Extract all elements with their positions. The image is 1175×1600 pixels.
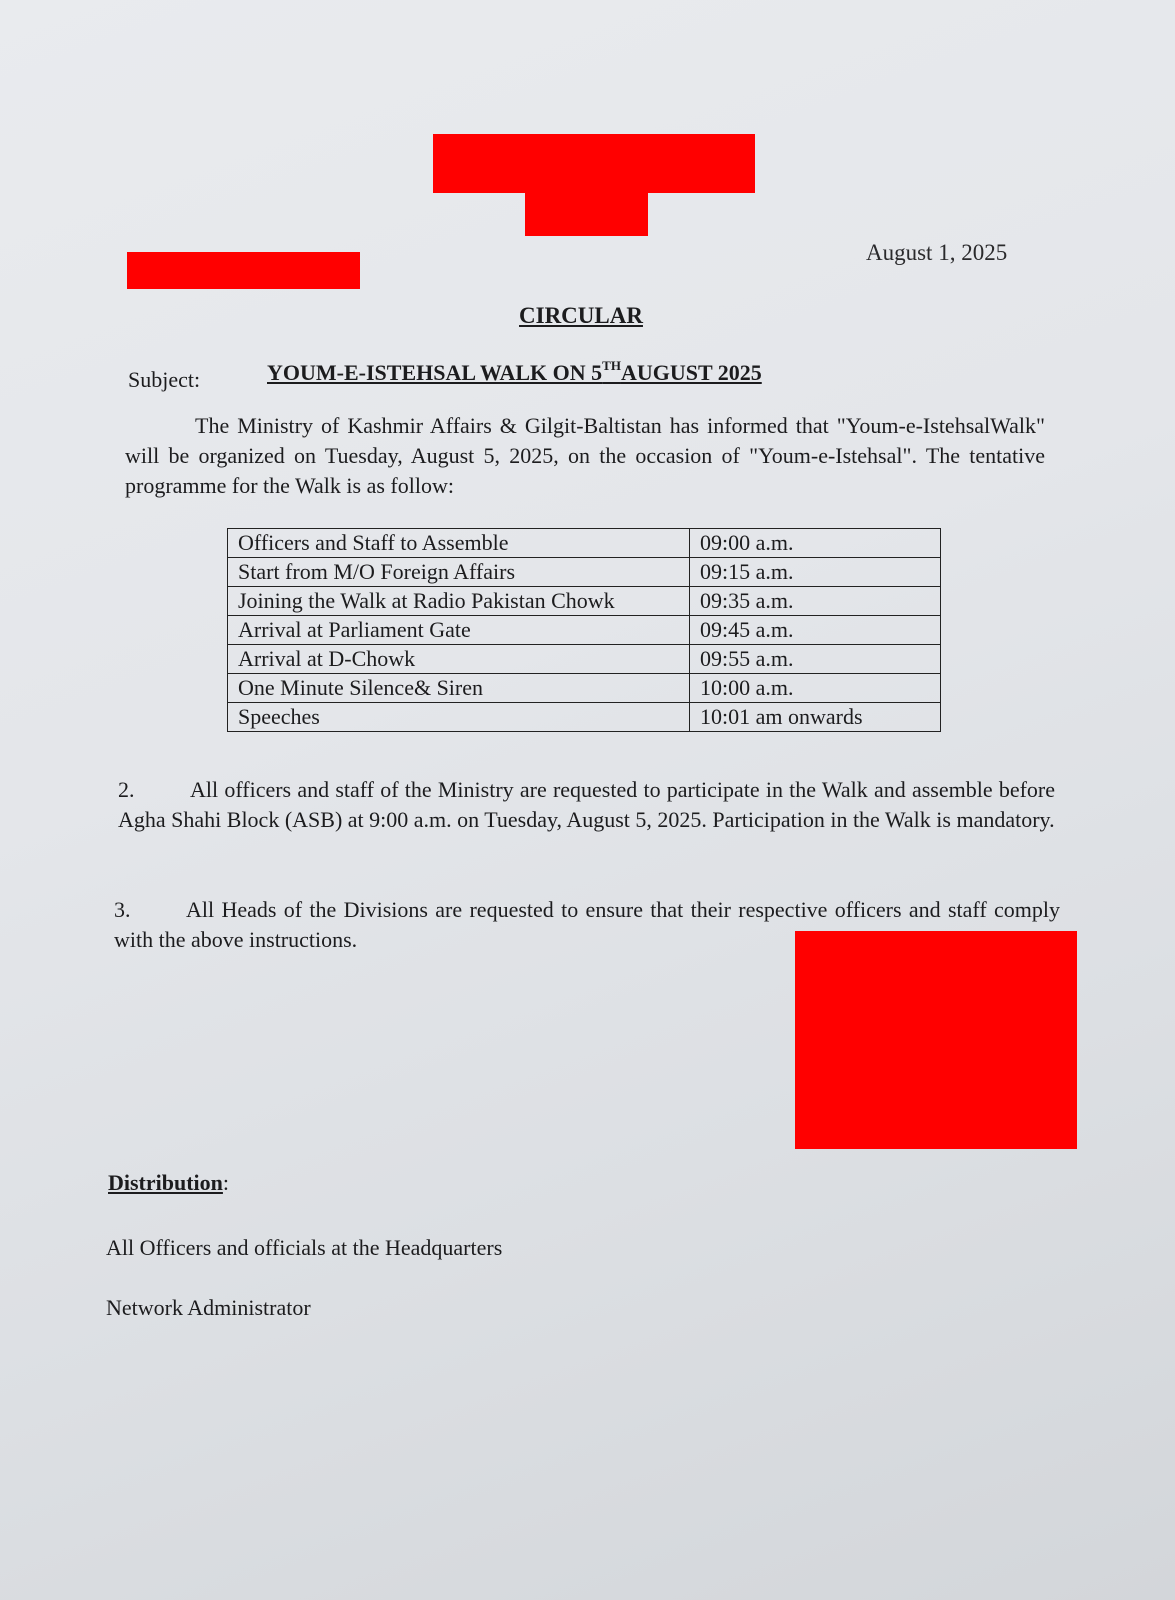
paragraph-3-number: 3. <box>114 895 186 925</box>
schedule-time: 09:45 a.m. <box>690 616 941 645</box>
document-date: August 1, 2025 <box>866 240 1007 266</box>
schedule-event: Arrival at Parliament Gate <box>228 616 690 645</box>
schedule-row: Joining the Walk at Radio Pakistan Chowk… <box>228 587 941 616</box>
schedule-row: Start from M/O Foreign Affairs09:15 a.m. <box>228 558 941 587</box>
schedule-time: 09:55 a.m. <box>690 645 941 674</box>
circular-document: August 1, 2025 CIRCULAR Subject: YOUM-E-… <box>0 0 1175 1600</box>
schedule-row: Arrival at Parliament Gate09:45 a.m. <box>228 616 941 645</box>
redacted-reference-number <box>127 252 360 289</box>
document-title: CIRCULAR <box>0 303 1162 329</box>
schedule-event: Start from M/O Foreign Affairs <box>228 558 690 587</box>
schedule-event: One Minute Silence& Siren <box>228 674 690 703</box>
subject-superscript: TH <box>602 358 621 373</box>
schedule-table: Officers and Staff to Assemble09:00 a.m.… <box>227 528 941 732</box>
subject-text-part: YOUM-E-ISTEHSAL WALK ON 5 <box>267 360 602 385</box>
schedule-row: Officers and Staff to Assemble09:00 a.m. <box>228 529 941 558</box>
schedule-time: 10:00 a.m. <box>690 674 941 703</box>
paragraph-2-text: All officers and staff of the Ministry a… <box>118 777 1055 832</box>
schedule-time: 09:15 a.m. <box>690 558 941 587</box>
distribution-item: All Officers and officials at the Headqu… <box>106 1235 502 1261</box>
distribution-item: Network Administrator <box>106 1295 311 1321</box>
subject-label: Subject: <box>128 367 200 393</box>
paragraph-3: 3.All Heads of the Divisions are request… <box>114 895 1060 955</box>
distribution-label: Distribution <box>108 1170 223 1195</box>
redacted-letterhead-top <box>433 134 755 193</box>
schedule-time: 09:00 a.m. <box>690 529 941 558</box>
paragraph-1: The Ministry of Kashmir Affairs & Gilgit… <box>125 411 1045 501</box>
schedule-event: Speeches <box>228 703 690 732</box>
subject-text: YOUM-E-ISTEHSAL WALK ON 5THAUGUST 2025 <box>267 358 762 386</box>
redacted-signature-block <box>795 931 1077 1149</box>
paragraph-3-text: All Heads of the Divisions are requested… <box>114 897 1060 952</box>
subject-text-part: AUGUST 2025 <box>621 360 762 385</box>
schedule-event: Officers and Staff to Assemble <box>228 529 690 558</box>
paragraph-2-number: 2. <box>118 775 190 805</box>
schedule-event: Arrival at D-Chowk <box>228 645 690 674</box>
schedule-time: 10:01 am onwards <box>690 703 941 732</box>
paragraph-2: 2.All officers and staff of the Ministry… <box>118 775 1055 835</box>
distribution-colon: : <box>223 1170 229 1195</box>
schedule-event: Joining the Walk at Radio Pakistan Chowk <box>228 587 690 616</box>
schedule-row: Arrival at D-Chowk09:55 a.m. <box>228 645 941 674</box>
schedule-row: Speeches10:01 am onwards <box>228 703 941 732</box>
schedule-row: One Minute Silence& Siren10:00 a.m. <box>228 674 941 703</box>
schedule-time: 09:35 a.m. <box>690 587 941 616</box>
redacted-letterhead-bottom <box>525 190 648 236</box>
distribution-heading: Distribution: <box>108 1170 229 1196</box>
paragraph-1-text: The Ministry of Kashmir Affairs & Gilgit… <box>125 413 1045 498</box>
